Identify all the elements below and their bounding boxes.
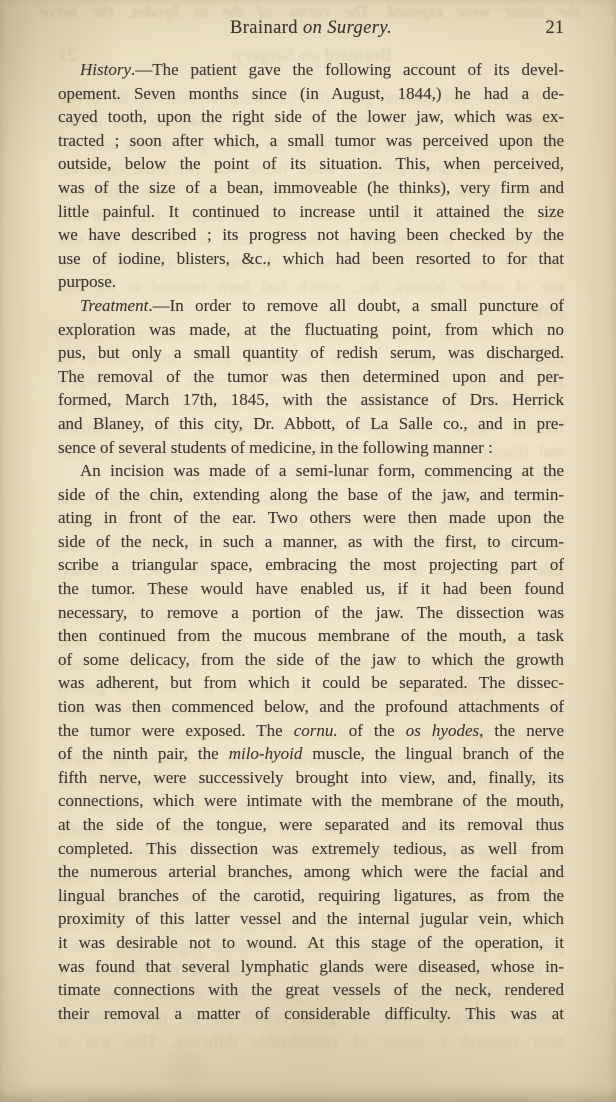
page-body: History.—The patient gave the following … — [58, 58, 564, 1025]
text-line: was of the size of a bean, immoveable (h… — [58, 176, 564, 200]
text-line: Treatment.—In order to remove all doubt,… — [58, 294, 564, 318]
text-line: formed, March 17th, 1845, with the assis… — [58, 388, 564, 412]
text-line: opement. Seven months since (in August, … — [58, 82, 564, 106]
page-content: Brainard on Surgery. 21 History.—The pat… — [58, 0, 564, 1102]
text-line: was found that several lymphatic glands … — [58, 955, 564, 979]
text-line: connections, which were intimate with th… — [58, 789, 564, 813]
text-line: ating in front of the ear. Two others we… — [58, 506, 564, 530]
text-line: little painful. It continued to increase… — [58, 200, 564, 224]
scanned-book-page: the tumor were exposed. The cornu. of th… — [0, 0, 616, 1102]
text-line: proximity of this latter vessel and the … — [58, 907, 564, 931]
text-line: tion was then commenced below, and the p… — [58, 695, 564, 719]
running-head: Brainard on Surgery. — [58, 18, 564, 39]
text-line: fifth nerve, were successively brought i… — [58, 766, 564, 790]
text-line: and Blaney, of this city, Dr. Abbott, of… — [58, 412, 564, 436]
text-line: tracted ; soon after which, a small tumo… — [58, 129, 564, 153]
text-line: pus, but only a small quantity of redish… — [58, 341, 564, 365]
text-line: scribe a triangular space, embracing the… — [58, 553, 564, 577]
text-line: exploration was made, at the fluctuating… — [58, 318, 564, 342]
text-line: An incision was made of a semi-lunar for… — [58, 459, 564, 483]
text-line: was adherent, but from which it could be… — [58, 671, 564, 695]
text-line: cayed tooth, upon the right side of the … — [58, 105, 564, 129]
text-line: side of the neck, in such a manner, as w… — [58, 530, 564, 554]
text-line: purpose. — [58, 270, 564, 294]
text-line: of some delicacy, from the side of the j… — [58, 648, 564, 672]
text-line: at the side of the tongue, were separate… — [58, 813, 564, 837]
text-line: necessary, to remove a portion of the ja… — [58, 601, 564, 625]
text-line: History.—The patient gave the following … — [58, 58, 564, 82]
text-line: timate connections with the great vessel… — [58, 978, 564, 1002]
text-line: we have described ; its progress not hav… — [58, 223, 564, 247]
text-line: then continued from the mucous membrane … — [58, 624, 564, 648]
page-number: 21 — [546, 18, 565, 39]
text-line: their removal a matter of considerable d… — [58, 1002, 564, 1026]
text-line: the tumor. These would have enabled us, … — [58, 577, 564, 601]
text-line: it was desirable not to wound. At this s… — [58, 931, 564, 955]
text-line: the tumor were exposed. The cornu. of th… — [58, 719, 564, 743]
text-line: outside, below the point of its situatio… — [58, 152, 564, 176]
text-line: side of the chin, extending along the ba… — [58, 483, 564, 507]
text-line: completed. This dissection was extremely… — [58, 837, 564, 861]
text-line: use of iodine, blisters, &c., which had … — [58, 247, 564, 271]
text-line: lingual branches of the carotid, requiri… — [58, 884, 564, 908]
text-line: The removal of the tumor was then determ… — [58, 365, 564, 389]
running-head-title: on Surgery. — [298, 18, 392, 38]
running-head-author: Brainard — [230, 18, 298, 38]
text-line: sence of several students of medicine, i… — [58, 436, 564, 460]
text-line: of the ninth pair, the milo-hyoid muscle… — [58, 742, 564, 766]
text-line: the numerous arterial branches, among wh… — [58, 860, 564, 884]
